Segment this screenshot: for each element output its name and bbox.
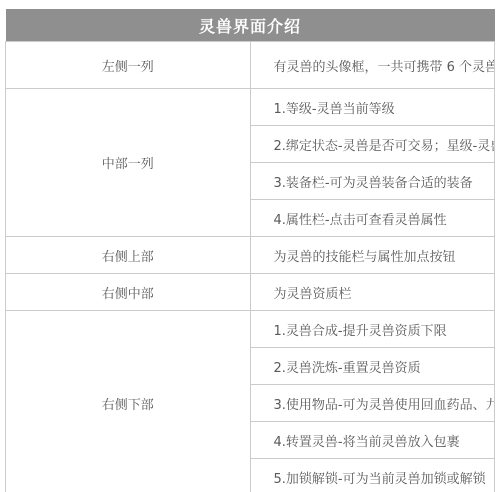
table-row: 中部一列 1.等级-灵兽当前等级 — [6, 89, 495, 126]
table-row: 左侧一列 有灵兽的头像框，一共可携带 6 个灵兽(随角色等级的提升而增加) — [6, 42, 495, 89]
row-text: 4.转置灵兽-将当前灵兽放入包裹 — [250, 422, 495, 459]
row-text: 3.装备栏-可为灵兽装备合适的装备 — [250, 163, 495, 200]
row-text: 3.使用物品-可为灵兽使用回血药品、九转金丹物品 — [250, 385, 495, 422]
row-text: 有灵兽的头像框，一共可携带 6 个灵兽(随角色等级的提升而增加) — [250, 42, 495, 89]
row-text: 为灵兽的技能栏与属性加点按钮 — [250, 237, 495, 274]
row-text: 为灵兽资质栏 — [250, 274, 495, 311]
table-row: 右侧下部 1.灵兽合成-提升灵兽资质下限 — [6, 311, 495, 348]
table-header-row: 灵兽界面介绍 — [6, 9, 495, 42]
section-label-left-column: 左侧一列 — [6, 42, 251, 89]
table-title: 灵兽界面介绍 — [6, 9, 495, 42]
row-text: 2.绑定状态-灵兽是否可交易；星级-灵兽星级代表灵兽的综合能力素质 — [250, 126, 495, 163]
table-row: 右侧中部 为灵兽资质栏 — [6, 274, 495, 311]
row-text: 4.属性栏-点击可查看灵兽属性 — [250, 200, 495, 237]
section-label-middle-column: 中部一列 — [6, 89, 251, 237]
section-label-right-top: 右侧上部 — [6, 237, 251, 274]
section-label-right-middle: 右侧中部 — [6, 274, 251, 311]
row-text: 1.灵兽合成-提升灵兽资质下限 — [250, 311, 495, 348]
row-text: 1.等级-灵兽当前等级 — [250, 89, 495, 126]
table-row: 右侧上部 为灵兽的技能栏与属性加点按钮 — [6, 237, 495, 274]
row-text: 5.加锁解锁-可为当前灵兽加锁或解锁 — [250, 459, 495, 492]
row-text: 2.灵兽洗炼-重置灵兽资质 — [250, 348, 495, 385]
spirit-beast-intro-table: 灵兽界面介绍 左侧一列 有灵兽的头像框，一共可携带 6 个灵兽(随角色等级的提升… — [5, 9, 495, 492]
section-label-right-bottom: 右侧下部 — [6, 311, 251, 492]
page: 灵兽界面介绍 左侧一列 有灵兽的头像框，一共可携带 6 个灵兽(随角色等级的提升… — [0, 0, 500, 492]
